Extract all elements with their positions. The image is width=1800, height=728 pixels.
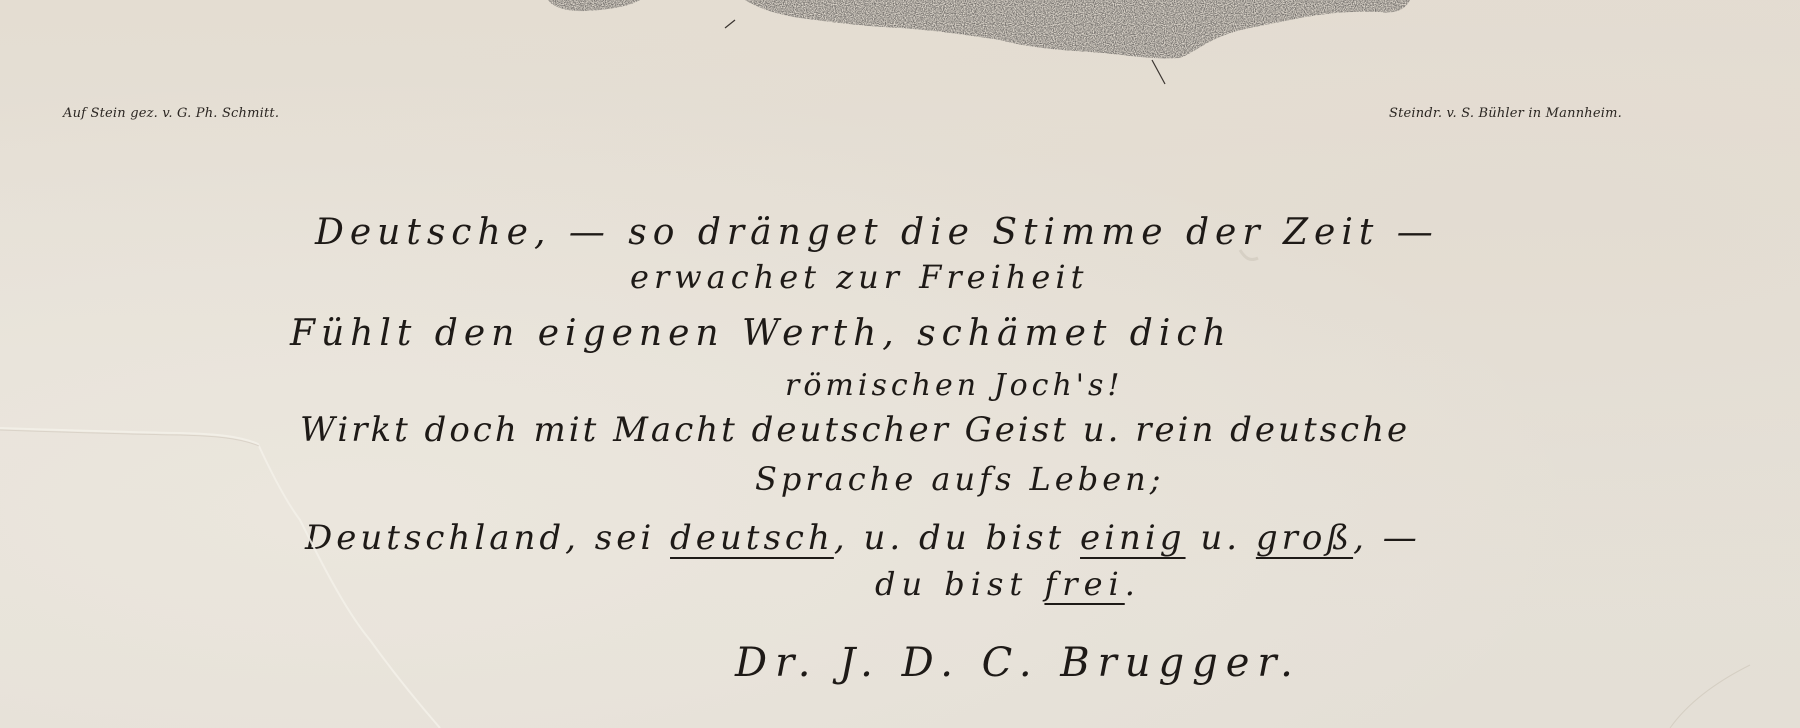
verse-line-8: du bist frei. (875, 565, 1141, 603)
underlined-word-frei: frei (1044, 565, 1124, 603)
verse-line-2: erwachet zur Freiheit (630, 258, 1088, 296)
verse-text: u. (1186, 518, 1256, 558)
author-signature: Dr. J. D. C. Brugger. (735, 640, 1301, 686)
underlined-word-einig: einig (1080, 518, 1186, 558)
verse-line-1: Deutsche, — so dränget die Stimme der Ze… (315, 212, 1439, 253)
verse-line-6: Sprache aufs Leben; (755, 460, 1165, 498)
underlined-word-gross: groß (1256, 518, 1353, 558)
verse-line-7: Deutschland, sei deutsch, u. du bist ein… (305, 518, 1421, 558)
handwritten-verse: Deutsche, — so dränget die Stimme der Ze… (0, 0, 1800, 728)
underlined-word-deutsch: deutsch (670, 518, 834, 558)
verse-text: , — (1353, 518, 1421, 558)
verse-text: . (1125, 565, 1141, 603)
verse-line-4: römischen Joch's! (785, 368, 1123, 403)
verse-line-3: Fühlt den eigenen Werth, schämet dich (290, 313, 1232, 354)
verse-text: , u. du bist (834, 518, 1080, 558)
verse-line-5: Wirkt doch mit Macht deutscher Geist u. … (300, 410, 1410, 450)
verse-text: du bist (875, 565, 1044, 603)
verse-text: Deutschland, sei (305, 518, 670, 558)
